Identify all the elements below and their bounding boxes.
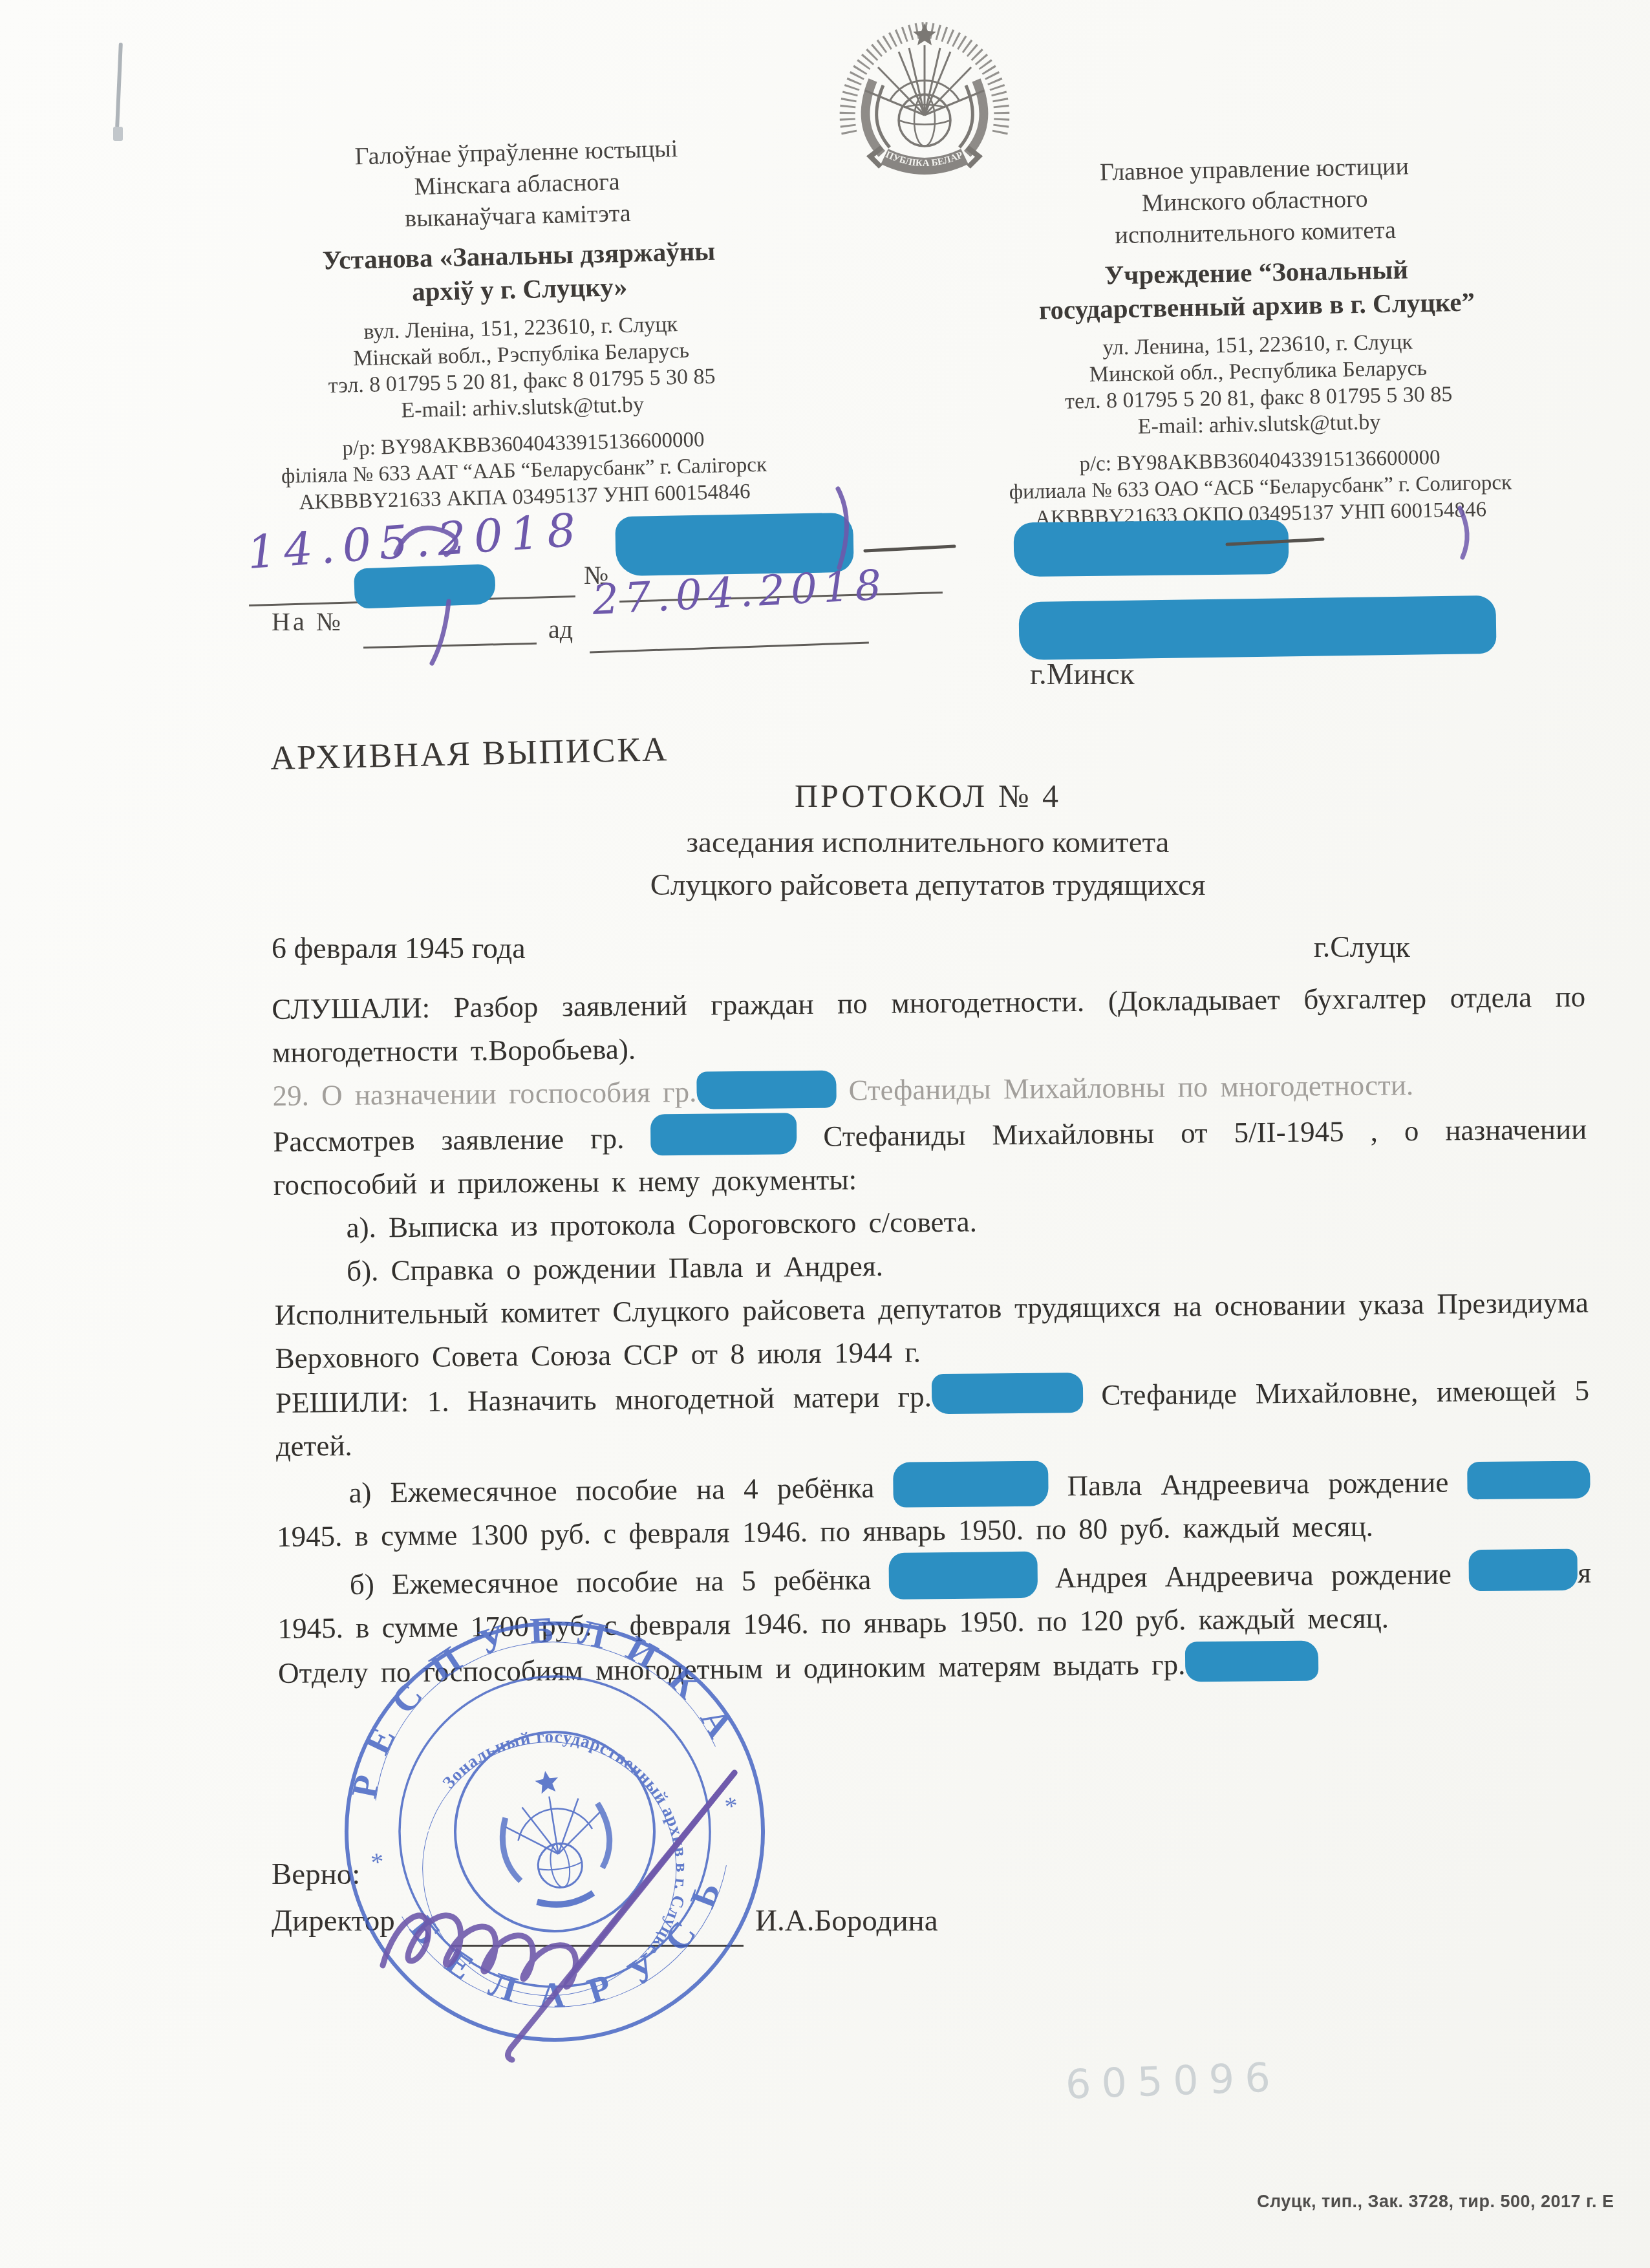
body-text-run: Павла Андреевича рождение [1048, 1466, 1467, 1502]
from-date-label: ад [548, 614, 573, 645]
protocol-subtitle: Слуцкого райсовета депутатов трудящихся [272, 868, 1584, 903]
reply-to-label: На № [272, 606, 343, 637]
body-text-run: РЕШИЛИ: 1. Назначить многодетной матери … [275, 1380, 932, 1419]
form-rule [590, 641, 869, 653]
printshop-imprint: Слуцк, тип., Зак. 3728, тир. 500, 2017 г… [1257, 2192, 1614, 2212]
body-text-run: Рассмотрев заявление гр. [273, 1122, 651, 1158]
redaction-incoming-number [354, 564, 496, 609]
round-seal-stamp: * * Р Е С П У Б Л И К А Б Е Л А Р У С Ь … [303, 1577, 807, 2086]
scan-artifact-line [115, 43, 123, 128]
scan-artifact-dot [113, 127, 123, 141]
pen-stroke [432, 601, 449, 663]
stamp-inner-ring-text: Зональный государственный архив в г. Слу… [433, 1706, 707, 1989]
body-text-run: 1945. в сумме 1300 руб. с февраля 1946. … [277, 1510, 1373, 1553]
body-text-run: Стефаниды Михайловны по многодетности. [836, 1069, 1413, 1107]
redaction-addressee-line2 [1018, 595, 1496, 660]
redaction-surname [893, 1461, 1049, 1508]
body-text-run: 29. О назначении госпособия гр. [272, 1076, 696, 1112]
body-text-run: а). Выписка из протокола Сороговского с/… [346, 1206, 977, 1244]
scanned-document-page: РЭСПУБЛІКА БЕЛАРУСЬ Галоўнае ўпраўленне … [0, 0, 1650, 2268]
redaction-surname [650, 1113, 797, 1155]
addressee-city: г.Минск [1030, 657, 1135, 692]
body-text-run: СЛУШАЛИ: Разбор заявлений граждан по мно… [272, 980, 1585, 1069]
sub-item-a: а) Ежемесячное пособие на 4 ребёнка Павл… [276, 1455, 1591, 1558]
redaction-birthdate [1467, 1460, 1591, 1499]
paragraph-slushali: СЛУШАЛИ: Разбор заявлений граждан по мно… [272, 975, 1586, 1074]
redaction-surname [696, 1071, 837, 1109]
paragraph-rassmotrev: Рассмотрев заявление гр. Стефаниды Михай… [273, 1105, 1587, 1206]
redaction-surname [931, 1373, 1083, 1414]
letterhead-belarusian: Галоўнае ўпраўленне юстыцыі Мінскага абл… [189, 129, 852, 519]
body-text-run: Андрея Андреевича рождение [1037, 1557, 1469, 1594]
paragraph-reshili: РЕШИЛИ: 1. Назначить многодетной матери … [275, 1367, 1590, 1468]
form-rule [363, 643, 537, 649]
redaction-addressee-line1 [1014, 520, 1289, 577]
letterhead-russian: Главное управление юстиции Минского обла… [921, 147, 1594, 534]
redaction-birthdate [1469, 1549, 1578, 1592]
protocol-date: 6 февраля 1945 года [272, 931, 526, 965]
redaction-surname [1185, 1641, 1319, 1682]
redaction-surname [888, 1552, 1038, 1599]
document-type-title: АРХИВНАЯ ВЫПИСКА [270, 730, 669, 778]
paragraph-ispolkom: Исполнительный комитет Слуцкого райсовет… [275, 1281, 1589, 1380]
svg-text:*: * [369, 1846, 387, 1878]
protocol-subtitle: заседания исполнительного комитета [272, 825, 1584, 860]
document-body: СЛУШАЛИ: Разбор заявлений граждан по мно… [272, 975, 1592, 1695]
svg-text:*: * [723, 1790, 740, 1821]
protocol-place: г.Слуцк [1314, 930, 1410, 964]
pen-dash [865, 546, 954, 551]
body-text-run: б). Справка о рождении Павла и Андрея. [347, 1250, 883, 1287]
body-text-run: а) Ежемесячное пособие на 4 ребёнка [348, 1471, 893, 1509]
svg-text:Зональный государственный архи: Зональный государственный архив в г. Слу… [433, 1706, 707, 1989]
faint-pencil-number: 605096 [1065, 2053, 1281, 2108]
body-text-run: Исполнительный комитет Слуцкого райсовет… [275, 1286, 1589, 1375]
protocol-title: ПРОТОКОЛ № 4 [272, 777, 1584, 815]
